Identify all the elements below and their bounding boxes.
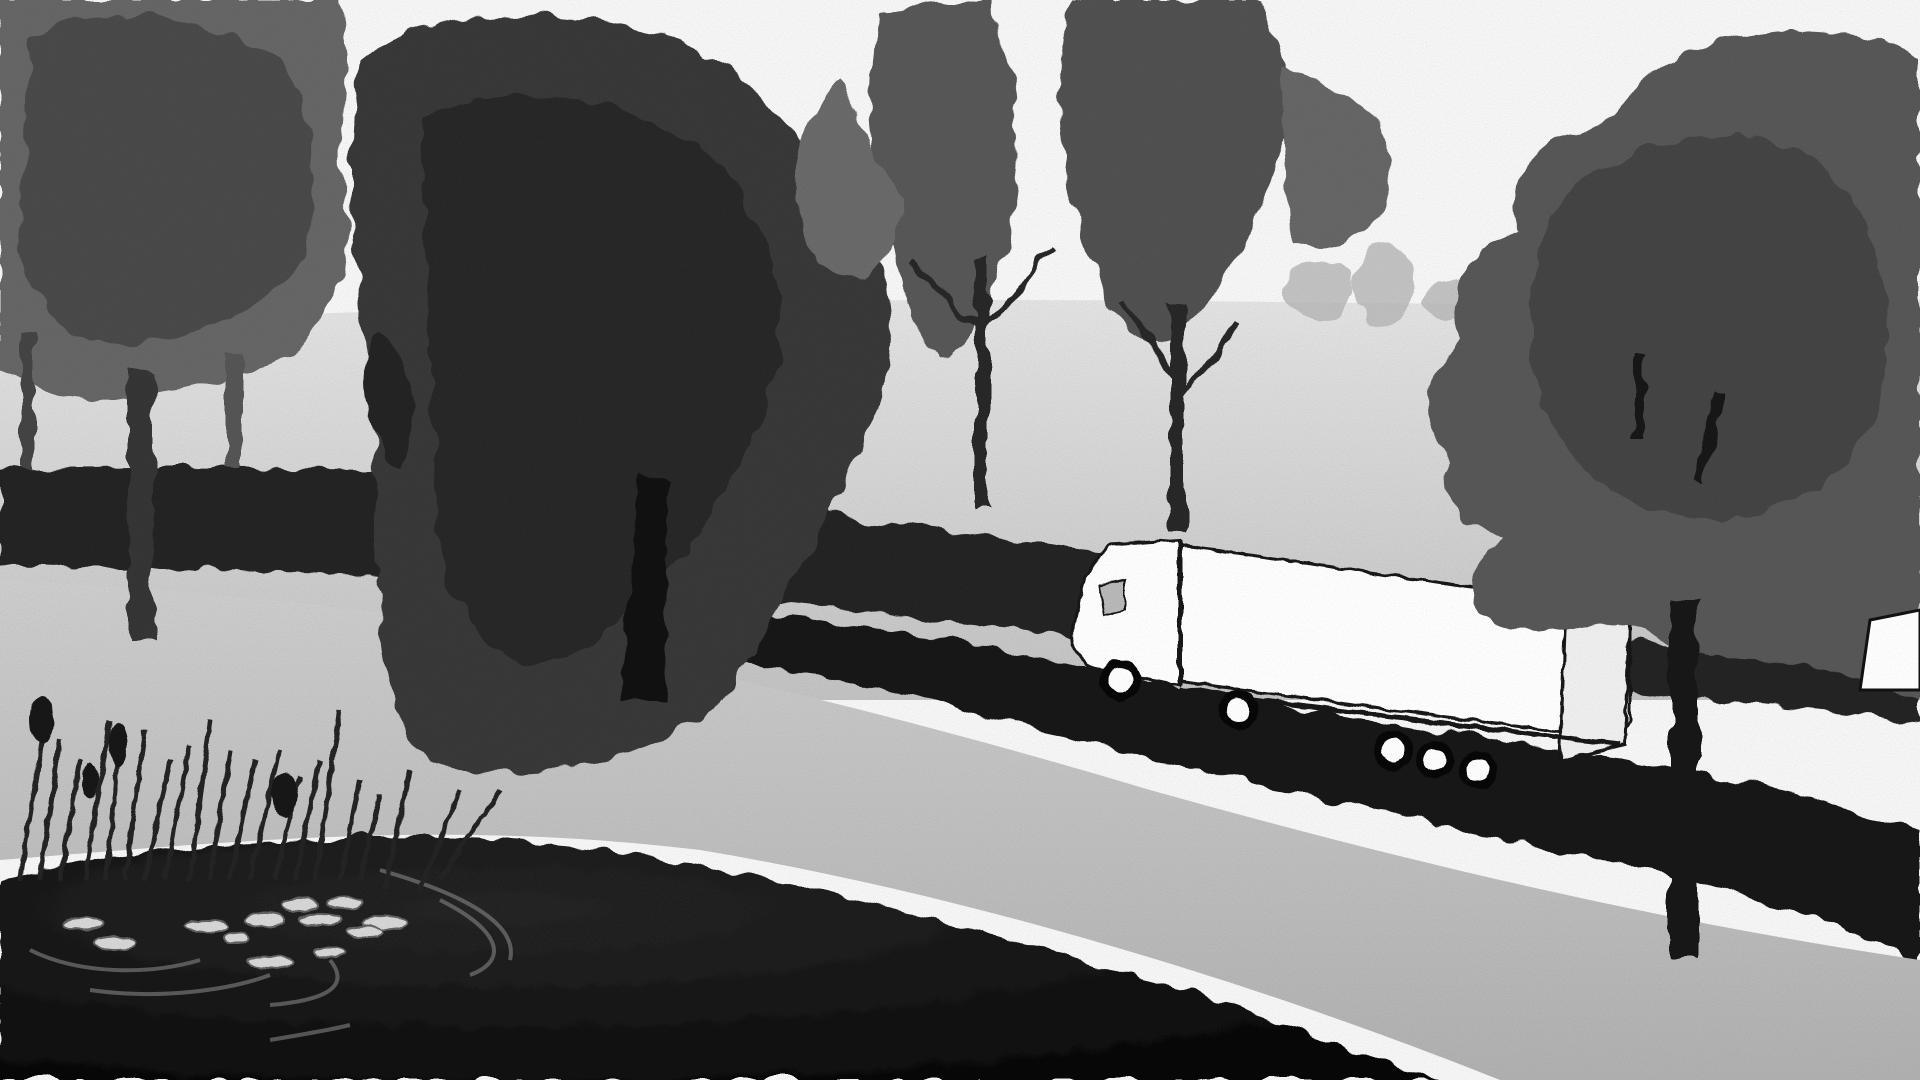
- scene-canvas: [0, 0, 1920, 1080]
- distant-shed: [1860, 610, 1920, 690]
- truck-windshield: [1100, 580, 1125, 615]
- sketch-scene: Charcoal sketch of a park road with a tr…: [0, 0, 1920, 1080]
